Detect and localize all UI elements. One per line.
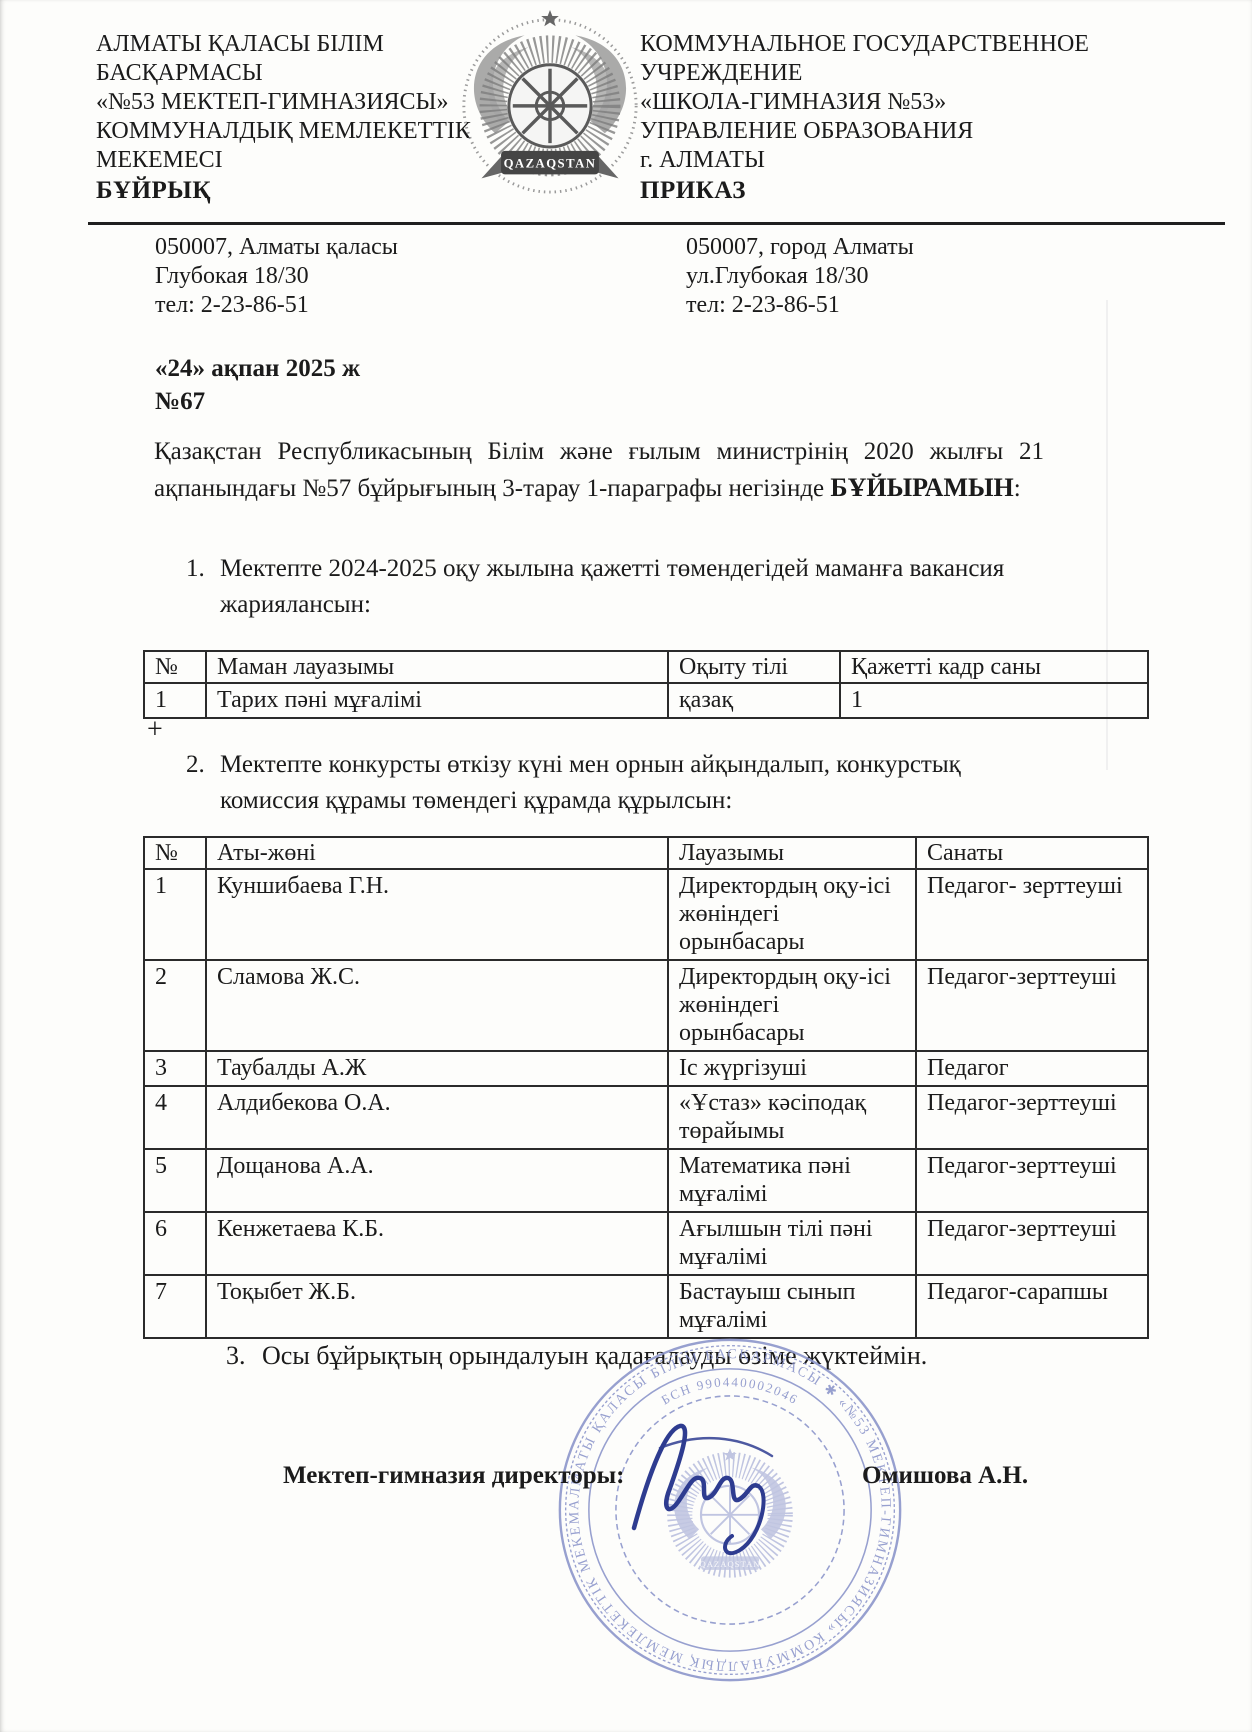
document-page: АЛМАТЫ ҚАЛАСЫ БІЛІМ БАСҚАРМАСЫ «№53 МЕКТ… [0,0,1252,1732]
table-cell: Педагог-зерттеуші [916,1086,1148,1149]
table-row: 1 Куншибаева Г.Н. Директордың оқу-ісі жө… [144,869,1148,960]
table-cell: Куншибаева Г.Н. [206,869,668,960]
address-line: 050007, Алматы қаласы [155,233,398,262]
table-cell: Бастауыш сынып мұғалімі [668,1275,916,1338]
table-header-cell: № [144,651,206,683]
table-cell: 5 [144,1149,206,1212]
table-cell: Директордың оқу-ісі жөніндегі орынбасары [668,960,916,1051]
table-cell: 4 [144,1086,206,1149]
org-name-kk-line: КОММУНАЛДЫҚ МЕМЛЕКЕТТІК [96,117,456,146]
table-cell: 1 [840,683,1148,718]
org-name-kk: АЛМАТЫ ҚАЛАСЫ БІЛІМ БАСҚАРМАСЫ «№53 МЕКТ… [96,30,456,205]
org-name-ru-line: УЧРЕЖДЕНИЕ [640,59,1160,88]
table-row: 4 Алдибекова О.А. «Ұстаз» кәсіподақ төра… [144,1086,1148,1149]
table-header-cell: Оқыту тілі [668,651,840,683]
order-date: «24» ақпан 2025 ж [155,352,360,385]
table-row: 5 Дощанова А.А. Математика пәні мұғалімі… [144,1149,1148,1212]
order-title-kk: БҰЙРЫҚ [96,176,456,205]
table-cell: қазақ [668,683,840,718]
stamp-bin-text: БСН 990440002046 [659,1374,802,1407]
table-cell: Математика пәні мұғалімі [668,1149,916,1212]
table-cell: Тарих пәні мұғалімі [206,683,668,718]
list-item-1: 1. Мектепте 2024-2025 оқу жылына қажетті… [186,551,1036,623]
org-name-ru-line: г. АЛМАТЫ [640,146,1160,175]
emblem-banner-text: QAZAQSTAN [504,157,597,171]
table-cell: 1 [144,869,206,960]
address-line: ул.Глубокая 18/30 [686,262,914,291]
list-item-text: Мектепте конкурсты өткізу күні мен орнын… [220,747,1030,819]
commission-table: № Аты-жөні Лауазымы Санаты 1 Куншибаева … [143,836,1149,1339]
table-cell: Педагог-зерттеуші [916,960,1148,1051]
table-cell: Іс жүргізуші [668,1051,916,1086]
org-name-ru-line: КОММУНАЛЬНОЕ ГОСУДАРСТВЕННОЕ [640,30,1160,59]
table-row: 3 Таубалды А.Ж Іс жүргізуші Педагог [144,1051,1148,1086]
address-line: Глубокая 18/30 [155,262,398,291]
plus-artifact: + [147,716,163,744]
list-item-number: 3. [226,1338,262,1374]
vacancy-table: № Маман лауазымы Оқыту тілі Қажетті кадр… [143,650,1149,719]
table-header-cell: Лауазымы [668,837,916,869]
table-cell: Педагог-сарапшы [916,1275,1148,1338]
table-row: 1 Тарих пәні мұғалімі қазақ 1 [144,683,1148,718]
table-header-cell: Аты-жөні [206,837,668,869]
table-row: 7 Тоқыбет Ж.Б. Бастауыш сынып мұғалімі П… [144,1275,1148,1338]
order-title-ru: ПРИКАЗ [640,176,1160,205]
order-number: №67 [155,385,360,418]
address-block-kk: 050007, Алматы қаласы Глубокая 18/30 тел… [155,233,398,320]
address-block-ru: 050007, город Алматы ул.Глубокая 18/30 т… [686,233,914,320]
org-name-kk-line: АЛМАТЫ ҚАЛАСЫ БІЛІМ [96,30,456,59]
signature-label: Мектеп-гимназия директоры: [283,1462,624,1490]
order-command-emphasis: БҰЙЫРАМЫН [830,473,1013,502]
table-cell: Педагог-зерттеуші [916,1149,1148,1212]
table-header-cell: Қажетті кадр саны [840,651,1148,683]
table-header-row: № Маман лауазымы Оқыту тілі Қажетті кадр… [144,651,1148,683]
table-row: 6 Кенжетаева К.Б. Ағылшын тілі пәні мұға… [144,1212,1148,1275]
preamble: Қазақстан Республикасының Білім және ғыл… [154,434,1044,507]
address-line: тел: 2-23-86-51 [155,291,398,320]
table-row: 2 Сламова Ж.С. Директордың оқу-ісі жөнін… [144,960,1148,1051]
org-name-kk-line: «№53 МЕКТЕП-ГИМНАЗИЯСЫ» [96,88,456,117]
org-name-ru-line: «ШКОЛА-ГИМНАЗИЯ №53» [640,88,1160,117]
address-line: тел: 2-23-86-51 [686,291,914,320]
table-cell: 2 [144,960,206,1051]
kazakhstan-coat-of-arms-icon: QAZAQSTAN [452,8,648,194]
list-item-number: 1. [186,551,220,623]
table-header-cell: Санаты [916,837,1148,869]
table-cell: Педагог [916,1051,1148,1086]
order-meta: «24» ақпан 2025 ж №67 [155,352,360,418]
signature-scrawl [620,1408,790,1563]
table-cell: «Ұстаз» кәсіподақ төрайымы [668,1086,916,1149]
org-name-ru-line: УПРАВЛЕНИЕ ОБРАЗОВАНИЯ [640,117,1160,146]
org-name-kk-line: МЕКЕМЕСІ [96,146,456,175]
table-cell: Педагог-зерттеуші [916,1212,1148,1275]
director-name: Омишова А.Н. [862,1462,1028,1490]
list-item-text: Мектепте 2024-2025 оқу жылына қажетті тө… [220,551,1020,623]
table-cell: Директордың оқу-ісі жөніндегі орынбасары [668,869,916,960]
list-item-2: 2. Мектепте конкурсты өткізу күні мен ор… [186,747,1046,819]
table-header-row: № Аты-жөні Лауазымы Санаты [144,837,1148,869]
table-cell: Педагог- зерттеуші [916,869,1148,960]
table-cell: 7 [144,1275,206,1338]
table-cell: Таубалды А.Ж [206,1051,668,1086]
table-cell: Кенжетаева К.Б. [206,1212,668,1275]
table-cell: Алдибекова О.А. [206,1086,668,1149]
header-divider [88,222,1225,225]
table-cell: 1 [144,683,206,718]
table-cell: Тоқыбет Ж.Б. [206,1275,668,1338]
table-cell: Сламова Ж.С. [206,960,668,1051]
table-cell: Ағылшын тілі пәні мұғалімі [668,1212,916,1275]
org-name-ru: КОММУНАЛЬНОЕ ГОСУДАРСТВЕННОЕ УЧРЕЖДЕНИЕ … [640,30,1160,205]
table-header-cell: Маман лауазымы [206,651,668,683]
table-cell: 6 [144,1212,206,1275]
svg-text:БСН 990440002046: БСН 990440002046 [659,1374,802,1407]
address-line: 050007, город Алматы [686,233,914,262]
preamble-tail: : [1014,475,1021,502]
list-item-number: 2. [186,747,220,819]
table-header-cell: № [144,837,206,869]
table-cell: 3 [144,1051,206,1086]
table-cell: Дощанова А.А. [206,1149,668,1212]
org-name-kk-line: БАСҚАРМАСЫ [96,59,456,88]
